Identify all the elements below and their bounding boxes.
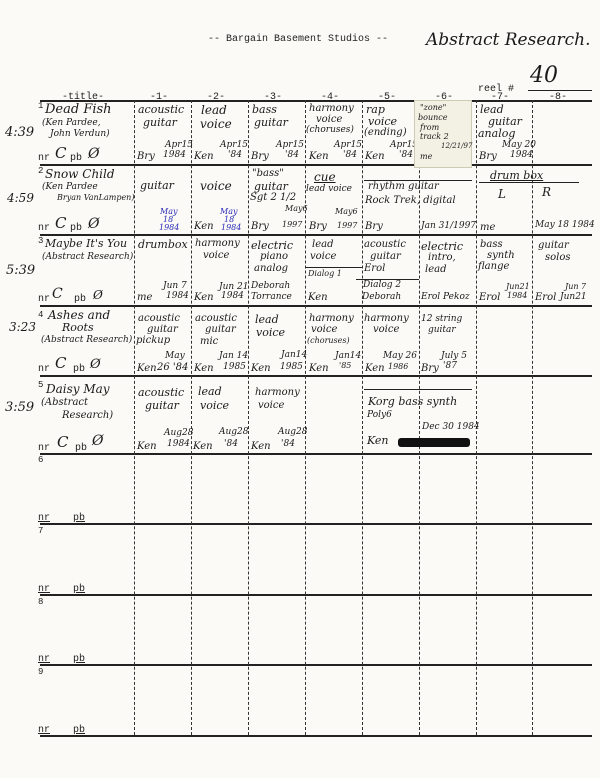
track-1-instrument: pickup [136,336,170,346]
track-2-date: 1984 [221,224,241,232]
row-number: 5 [38,380,43,390]
track-3-date: '84 [285,151,299,160]
song-time: 3:23 [9,321,36,333]
nr-label: nr [38,584,50,595]
row-number: 1 [38,101,43,111]
track-2-musician: Ken [194,152,214,162]
track-3-date: 1997 [282,221,302,229]
track-4-musician: Bry [309,222,327,232]
track-4-date: May6 [335,208,358,216]
track-4-instrument: voice [310,252,336,262]
track-6-note: track 2 [420,133,449,141]
track-5-instrument: harmony [364,314,409,324]
track-2-instrument: lead [201,104,227,116]
row-number: 6 [38,455,43,465]
song-credits: Bryan VanLampen) [57,194,134,202]
track-3-instrument: guitar [254,117,288,128]
track-5-6-instrument: Rock Trek, digital [365,196,456,206]
song-title: Snow Child [45,168,115,180]
track-2-date: Jan 14 [219,352,248,361]
nr-label: nr [38,725,50,736]
track-2-instrument: voice [200,118,232,130]
song-title: Dead Fish [45,103,112,116]
nr-label: nr [38,654,50,665]
track-3-instrument: piano [260,252,288,262]
track-6-musician: Erol Pekoz [421,293,470,302]
track-8-date: Jun21 [560,293,587,302]
track-3-instrument: analog [254,264,288,274]
song-credits: (Abstract Research) [41,336,132,345]
track-3-instrument: bass [252,104,277,115]
nr-label: nr [38,223,50,234]
track-3-instrument: guitar [254,181,288,192]
artist-name: Abstract Research. [426,32,591,49]
pb-label: pb [73,725,85,736]
nr-label: nr [38,513,50,524]
studio-title: -- Bargain Basement Studios -- [208,34,388,45]
track-3-instrument: voice [256,327,285,338]
track-7-instrument: guitar [488,116,522,127]
track-2-date: 1985 [223,363,246,372]
song-credits: (Ken Pardee, [42,119,101,128]
track-5-instrument: guitar [370,252,401,262]
track-5-6-instrument: Korg bass synth [368,396,457,407]
track-1-date: Jun 7 [163,282,187,291]
track-3-date: 1985 [280,363,303,372]
track-2-instrument: mic [200,337,218,347]
track-3-musician: Ken [251,364,271,374]
track-2-date: Aug28 [219,428,249,437]
track-4-instrument: harmony [309,104,354,114]
row-9-rule [40,735,592,737]
track-7-8-instrument: drum box [490,170,543,181]
row-number: 2 [38,166,43,176]
track-7-date: Jun21 [506,283,530,291]
track-1-instrument: guitar [143,117,177,128]
track-2-musician: Ken [193,442,213,452]
track-3-date: Jan14 [281,351,307,360]
track-5-6-musician: Bry [365,222,383,232]
track-5-date: May 26 [383,352,417,361]
track-4-date: Apr15 [334,141,362,150]
pb-label: pb [73,654,85,665]
track-3-musician: Torrance [251,293,292,302]
track-1-date: 1984 [167,440,190,449]
track-2-instrument: voice [200,180,232,192]
track-2-date: '84 [224,440,238,449]
row-number: 9 [38,667,43,677]
track-4-musician: Ken [309,364,329,374]
track-2-instrument: acoustic [195,314,237,324]
track-4-musician: Ken [308,293,328,303]
track-6-date: 12/21/97 [441,143,472,150]
track-1-musician: Ken [137,442,157,452]
track-3-musician: Bry [251,152,269,162]
col-divider-7 [476,100,477,735]
nr-label: nr [38,364,50,375]
row-number: 4 [38,310,43,320]
track-8-instrument: guitar [538,241,569,251]
song-title: Ashes and [48,309,110,321]
track-6-date: July 5 [441,352,467,361]
track-1-musician: me [137,293,152,303]
track-2-musician: Ken [194,364,214,374]
track-5-6-instrument: Poly6 [367,411,392,420]
nr-mark: C [52,287,63,301]
pb-mark: Ø [92,434,103,448]
track-4-instrument: (choruses) [307,337,350,345]
track-5-6-instrument: rhythm guitar [368,182,439,192]
col-divider-3 [248,100,249,735]
track-1-instrument: acoustic [138,104,184,115]
track-3-instrument: Sgt 2 1/2 [250,193,296,203]
pb-label: pb [74,294,86,305]
pb-mark: Ø [90,358,101,371]
track-3-instrument: "bass" [252,169,284,179]
track-4-instrument: lead voice [306,185,352,194]
track-6-date: '87 [443,362,457,371]
song-credits: (Abstract Research) [42,253,133,262]
track-3-date: '84 [281,440,295,449]
song-title: Daisy May [46,383,110,395]
track-5-instrument: (ending) [364,128,407,138]
scribbled-out-text [398,438,470,447]
track-7-date: May 20 [502,141,536,150]
track-7-instrument: analog [478,128,515,139]
pb-label: pb [70,223,82,234]
row-4-rule [40,375,592,377]
track-7-musician: Erol [479,293,500,303]
track-6-musician: me [420,153,432,161]
track-3-date: May6 [285,205,308,213]
track-4-instrument: harmony [309,314,354,324]
track-4-musician: Ken [309,152,329,162]
track-8-date: May 18 1984 [535,221,595,230]
row-3-rule [40,305,592,307]
track-6-instrument: lead [425,265,446,275]
header-rule [40,100,592,102]
row-6-rule [40,523,592,525]
track-4-instrument: voice [316,115,342,125]
track-6-instrument: intro, [428,253,456,263]
track-1-instrument: acoustic [138,387,184,398]
track-5-date: '84 [399,151,413,160]
track-2-date: '84 [228,151,242,160]
row-number: 8 [38,597,43,607]
nr-mark: C [55,146,66,161]
track-5-6-musician: Ken [367,435,389,446]
nr-mark: C [55,356,66,371]
track-1-instrument: guitar [145,400,179,411]
track-5-instrument: voice [368,116,397,127]
track-2-instrument: voice [203,251,229,261]
track-4-date: '85 [339,362,351,370]
track-3-musician: Bry [251,222,269,232]
track-1-musician: Bry [137,152,155,162]
song-time: 5:39 [6,264,35,277]
track-3-musician: Deborah [251,282,290,291]
pb-label: pb [73,364,85,375]
track-4-cue: cue [314,171,336,183]
track-5-6-date: Jan 31/1997 [421,222,476,231]
track-6-note: from [420,124,439,132]
row-number: 3 [38,236,43,246]
pb-mark: Ø [93,289,103,301]
track-1-date: Apr15 [165,141,193,150]
row-5-rule [40,453,592,455]
track-4-instrument: lead [312,240,333,250]
track-1-date: 1984 [163,151,186,160]
song-credits: Research) [62,411,113,421]
track-4-instrument: (choruses) [306,126,354,135]
track-2-date: 1984 [221,292,244,301]
track-2-instrument: harmony [195,239,240,249]
track-2-musician: Ken [194,222,214,232]
track-1-date: May [165,352,185,361]
row-7-rule [40,594,592,596]
track-3-musician: Ken [251,442,271,452]
track-8-musician: Erol [535,293,556,303]
track-1-date: 26 '84 [157,363,188,373]
track-3-instrument: lead [255,314,279,325]
pb-label: pb [70,153,82,164]
track-5-instrument: voice [373,325,399,335]
pb-label: pb [73,584,85,595]
song-credits: (Abstract [41,398,88,408]
track-5-date: 1986 [388,363,408,371]
nr-label: nr [38,443,50,454]
pb-label: pb [75,443,87,454]
track-6-musician: Bry [421,364,439,374]
row-1-rule [40,164,592,166]
track-1-instrument: guitar [147,325,178,335]
track-1-date: Aug28 [164,429,194,438]
row-2-rule [40,234,592,236]
pb-label: pb [73,513,85,524]
track-1-date: 1984 [159,224,179,232]
track-6-instrument: guitar [428,326,456,335]
span-arrow [479,182,579,183]
track-5-6-date: Dec 30 1984 [422,423,480,432]
nr-label: nr [38,153,50,164]
track-5-dialog: Dialog 2 [363,281,401,290]
pb-mark: Ø [88,217,99,231]
song-credits: (Ken Pardee [42,183,98,192]
song-time: 3:59 [5,401,34,414]
song-title: Maybe It's You [45,238,127,249]
track-2-musician: Ken [194,293,214,303]
nr-label: nr [38,294,50,305]
track-2-date: Apr15 [220,141,248,150]
nr-mark: C [57,435,68,450]
track-5-instrument: rap [366,104,385,115]
track-7-musician: me [480,223,495,233]
track-7-musician: Bry [479,152,497,162]
col-divider-8 [532,100,533,735]
track-3-instrument: electric [251,240,293,251]
track-1-instrument: drumbox [138,239,188,250]
track-1-instrument: acoustic [138,314,180,324]
song-time: 4:39 [5,126,34,139]
track-6-note: "zone" [420,104,446,112]
track-2-instrument: voice [200,400,229,411]
reel-number: 40 [530,65,558,87]
track-7-date: 1984 [507,292,527,300]
track-4-dialog: Dialog 1 [308,270,342,278]
track-2-instrument: lead [198,386,222,397]
track-6-instrument: 12 string [421,315,462,324]
col-divider-2 [191,100,192,735]
track-5-musician: Ken [365,152,385,162]
track-4-date: 1997 [337,222,357,230]
track-7-instrument: bass [480,240,503,250]
track-1-instrument: guitar [140,180,174,191]
track-3-date: Apr15 [276,141,304,150]
col-divider-5 [362,100,363,735]
track-2-instrument: guitar [205,325,236,335]
track-5-instrument: acoustic [364,240,406,250]
track-5-musician: Erol [364,264,385,274]
track-8-date: Jun 7 [565,283,586,291]
track-6-note: bounce [418,114,447,122]
track-1-musician: Ken [137,364,157,374]
track-7-instrument: synth [487,251,515,261]
track-4-instrument: voice [311,325,337,335]
nr-mark: C [55,216,66,231]
track-1-date: 1984 [166,292,189,301]
track-4-date: '84 [343,151,357,160]
track-8-channel: R [542,186,551,198]
track-5-musician: Ken [365,364,385,374]
track-7-instrument: flange [478,262,509,272]
song-time: 4:59 [7,192,34,204]
span-arrow [364,389,472,390]
track-4-date: Jan14 [335,352,361,361]
track-3-instrument: harmony [255,388,300,398]
track-8-instrument: solos [545,253,571,263]
track-7-channel: L [498,188,506,200]
song-credits: John Verdun) [50,130,110,139]
row-number: 7 [38,526,43,536]
row-8-rule [40,664,592,666]
track-6-instrument: electric [421,241,463,252]
col-divider-4 [305,100,306,735]
track-7-instrument: lead [480,104,504,115]
song-credits: Roots [62,322,94,333]
track-3-instrument: voice [258,401,284,411]
track-3-date: Aug28 [278,428,308,437]
pb-mark: Ø [88,147,99,161]
track-7-date: 1984 [510,151,533,160]
dialog-divider [305,267,362,268]
track-5-musician: Deborah [362,293,401,302]
